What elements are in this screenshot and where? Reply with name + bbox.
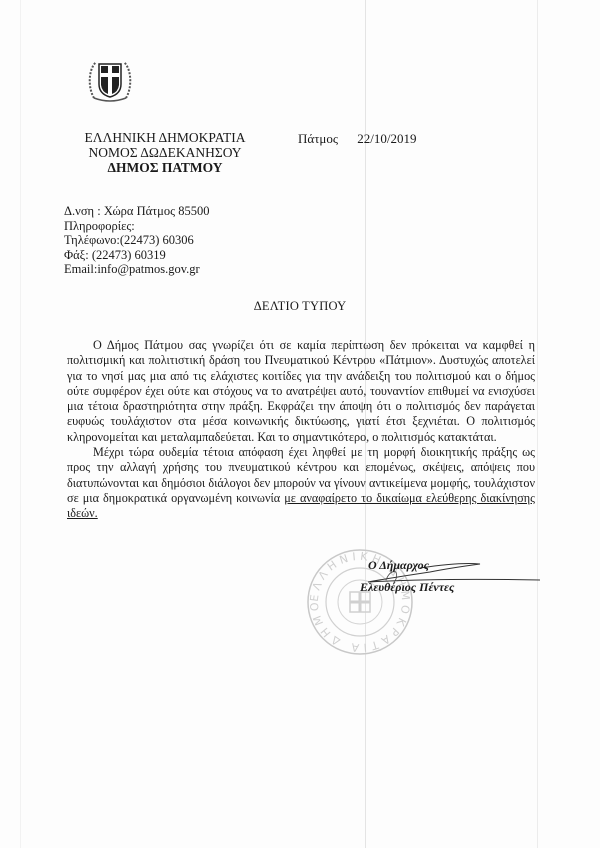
signatory-name: Ελευθέριος Πέντες	[360, 580, 454, 595]
info-label: Πληροφορίες:	[64, 219, 209, 234]
place-date: Πάτμος 22/10/2019	[298, 131, 417, 147]
municipality-name: ΔΗΜΟΣ ΠΑΤΜΟΥ	[70, 160, 260, 175]
contact-block: Δ.νση : Χώρα Πάτμος 85500 Πληροφορίες: Τ…	[64, 204, 209, 277]
signatory-role: Ο Δήμαρχος	[368, 558, 429, 573]
greek-coat-of-arms-icon	[86, 54, 134, 104]
country-name: ΕΛΛΗΝΙΚΗ ΔΗΜΟΚΡΑΤΙΑ	[70, 130, 260, 145]
date: 22/10/2019	[357, 131, 416, 146]
prefecture-name: ΝΟΜΟΣ ΔΩΔΕΚΑΝΗΣΟΥ	[70, 145, 260, 160]
scan-artifact-line	[537, 0, 538, 848]
document-title: ΔΕΛΤΙΟ ΤΥΠΟΥ	[0, 299, 600, 314]
paragraph-2: Μέχρι τώρα ουδεμία τέτοια απόφαση έχει λ…	[67, 445, 535, 521]
press-release-body: Ο Δήμος Πάτμου σας γνωρίζει ότι σε καμία…	[67, 338, 535, 522]
place: Πάτμος	[298, 131, 338, 146]
address: Δ.νση : Χώρα Πάτμος 85500	[64, 204, 209, 219]
fax: Φάξ: (22473) 60319	[64, 248, 209, 263]
email[interactable]: Email:info@patmos.gov.gr	[64, 262, 209, 277]
letterhead: ΕΛΛΗΝΙΚΗ ΔΗΜΟΚΡΑΤΙΑ ΝΟΜΟΣ ΔΩΔΕΚΑΝΗΣΟΥ ΔΗ…	[70, 130, 260, 175]
paragraph-1: Ο Δήμος Πάτμου σας γνωρίζει ότι σε καμία…	[67, 338, 535, 445]
scan-artifact-line	[20, 0, 21, 848]
phone: Τηλέφωνο:(22473) 60306	[64, 233, 209, 248]
